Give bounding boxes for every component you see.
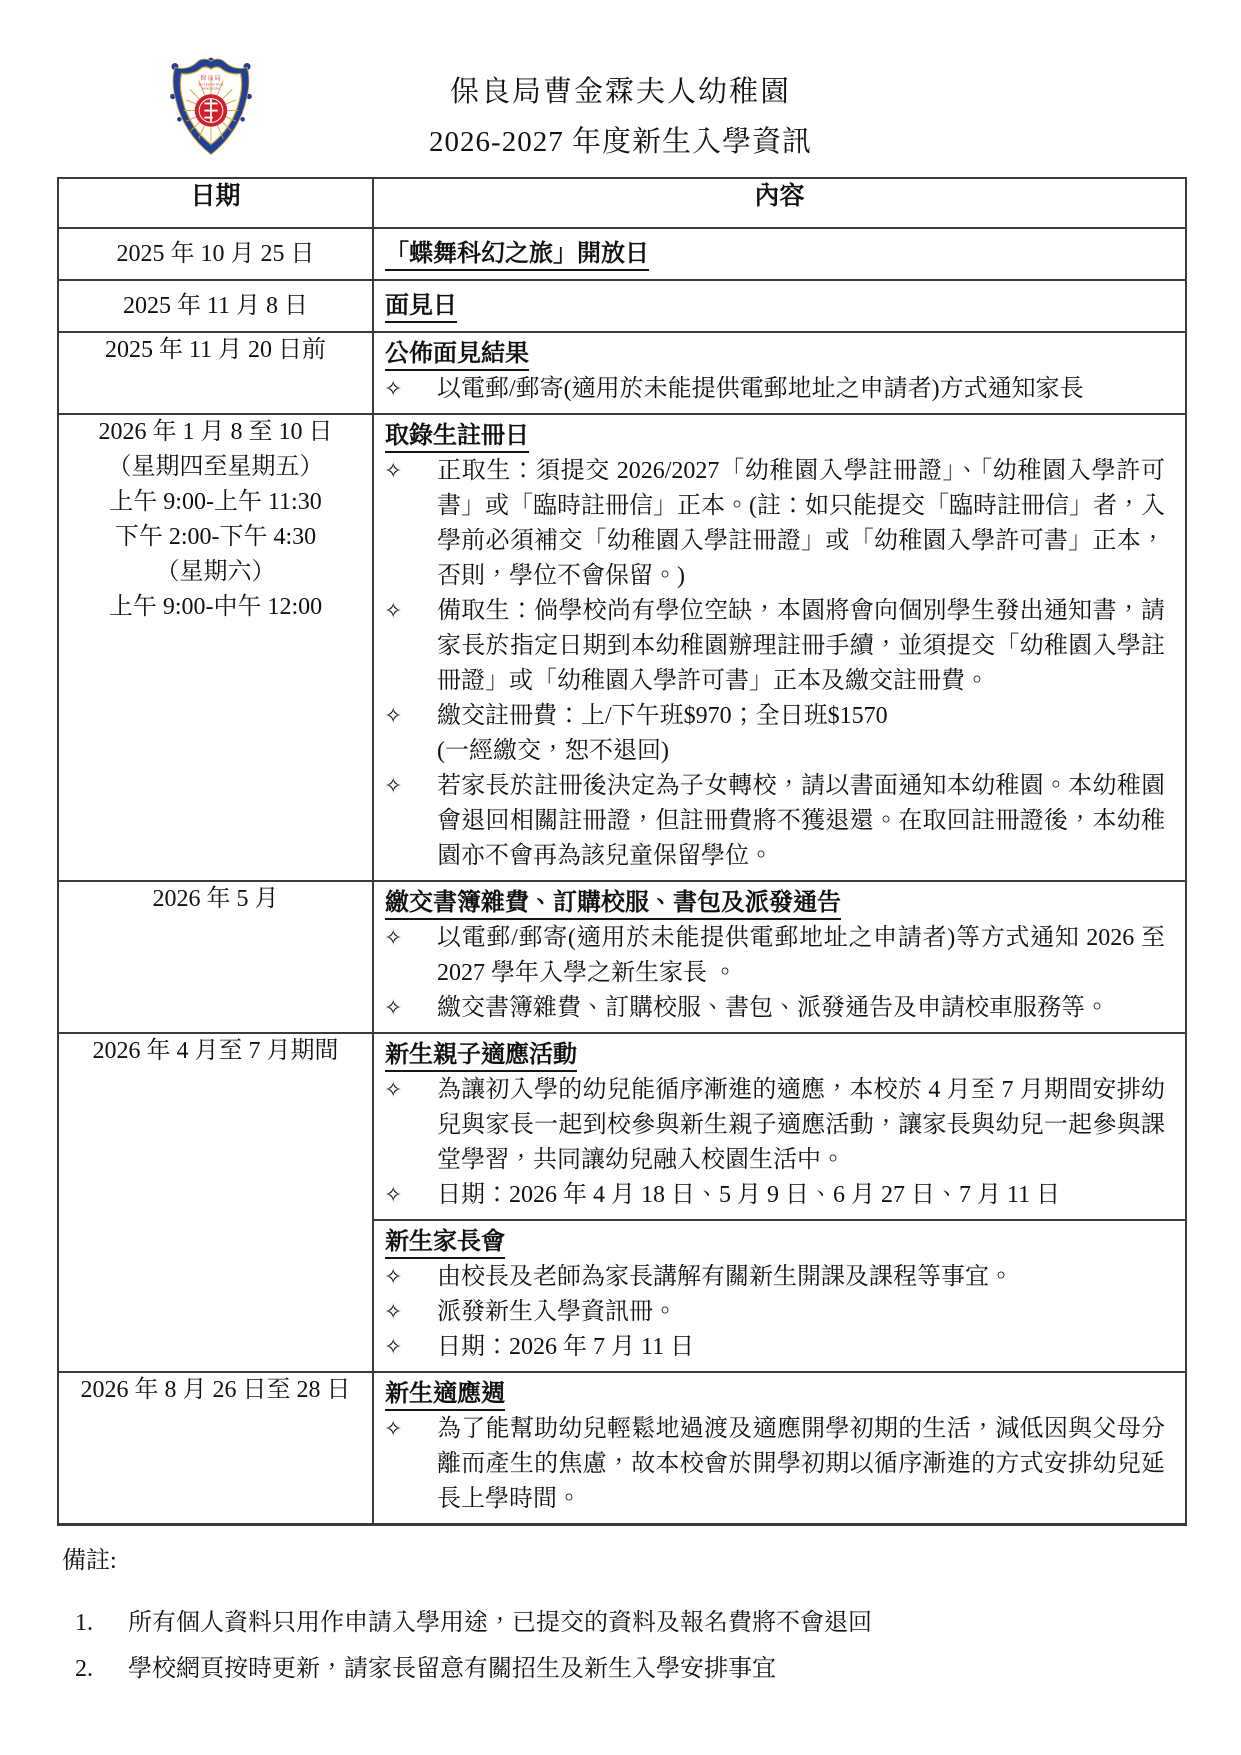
content-section: 公佈面見結果✧以電郵/郵寄(適用於未能提供電郵地址之申請者)方式通知家長 [374, 333, 1185, 413]
date-line: （星期六） [59, 555, 372, 590]
bullet-text: 為了能幫助幼兒輕鬆地過渡及適應開學初期的生活，減低因與父母分離而產生的焦慮，故本… [437, 1412, 1185, 1517]
content-cell: 「蝶舞科幻之旅」開放日 [373, 228, 1186, 280]
bullet-text: 日期：2026 年 4 月 18 日、5 月 9 日、6 月 27 日、7 月 … [437, 1178, 1185, 1213]
bullet-text: 若家長於註冊後決定為子女轉校，請以書面通知本幼稚園。本幼稚園會退回相關註冊證，但… [437, 769, 1185, 874]
bullet-item: ✧由校長及老師為家長講解有關新生開課及課程等事宜。 [374, 1260, 1185, 1295]
diamond-bullet-icon: ✧ [374, 769, 437, 804]
bullet-item: ✧日期：2026 年 4 月 18 日、5 月 9 日、6 月 27 日、7 月… [374, 1178, 1185, 1213]
diamond-bullet-icon: ✧ [374, 1330, 437, 1365]
date-line: 下午 2:00-下午 4:30 [59, 520, 372, 555]
date-line: 2026 年 1 月 8 至 10 日 [59, 415, 372, 450]
content-section: 「蝶舞科幻之旅」開放日 [374, 237, 1185, 272]
content-cell: 新生親子適應活動✧為讓初入學的幼兒能循序漸進的適應，本校於 4 月至 7 月期間… [373, 1033, 1186, 1372]
remarks-list: 1.所有個人資料只用作申請入學用途，已提交的資料及報名費將不會退回2.學校網頁按… [62, 1606, 1162, 1687]
table-row: 2026 年 8 月 26 日至 28 日新生適應週✧為了能幫助幼兒輕鬆地過渡及… [58, 1372, 1186, 1525]
remarks-section: 備註: 1.所有個人資料只用作申請入學用途，已提交的資料及報名費將不會退回2.學… [62, 1544, 1162, 1687]
bullet-text: 繳交書簿雜費、訂購校服、書包、派發通告及申請校車服務等。 [437, 991, 1185, 1026]
section-heading: 面見日 [374, 289, 1185, 324]
date-cell: 2026 年 8 月 26 日至 28 日 [58, 1372, 373, 1525]
bullet-item: ✧若家長於註冊後決定為子女轉校，請以書面通知本幼稚園。本幼稚園會退回相關註冊證，… [374, 769, 1185, 874]
date-line: 2025 年 11 月 8 日 [59, 289, 372, 324]
document-header: 保良局 PO LEUNG KUK HONG KONG 保良局曹金霖夫人幼稚園 2… [0, 0, 1241, 177]
remarks-label: 備註: [62, 1544, 1162, 1579]
table-row: 2026 年 5 月繳交書簿雜費、訂購校服、書包及派發通告✧以電郵/郵寄(適用於… [58, 881, 1186, 1033]
bullet-item: ✧正取生：須提交 2026/2027「幼稚園入學註冊證」、「幼稚園入學許可書」或… [374, 454, 1185, 594]
remark-item: 1.所有個人資料只用作申請入學用途，已提交的資料及報名費將不會退回 [62, 1606, 1162, 1641]
bullet-item: ✧繳交書簿雜費、訂購校服、書包、派發通告及申請校車服務等。 [374, 991, 1185, 1026]
schedule-table-body: 2025 年 10 月 25 日「蝶舞科幻之旅」開放日2025 年 11 月 8… [58, 228, 1186, 1525]
date-line: 上午 9:00-中午 12:00 [59, 590, 372, 625]
bullet-item: ✧為讓初入學的幼兒能循序漸進的適應，本校於 4 月至 7 月期間安排幼兒與家長一… [374, 1073, 1185, 1178]
bullet-text-line: 為讓初入學的幼兒能循序漸進的適應，本校於 4 月至 7 月期間安排幼兒與家長一起… [437, 1073, 1165, 1178]
remark-text: 學校網頁按時更新，請家長留意有關招生及新生入學安排事宜 [128, 1652, 1162, 1687]
section-heading: 新生家長會 [374, 1225, 1185, 1260]
bullet-text-line: 若家長於註冊後決定為子女轉校，請以書面通知本幼稚園。本幼稚園會退回相關註冊證，但… [437, 769, 1165, 874]
column-header-content: 內容 [373, 178, 1186, 228]
bullet-text-line: 為了能幫助幼兒輕鬆地過渡及適應開學初期的生活，減低因與父母分離而產生的焦慮，故本… [437, 1412, 1165, 1517]
bullet-text-line: 繳交書簿雜費、訂購校服、書包、派發通告及申請校車服務等。 [437, 991, 1165, 1026]
section-heading-text: 「蝶舞科幻之旅」開放日 [385, 241, 649, 271]
table-header-row: 日期 內容 [58, 178, 1186, 228]
section-heading: 取錄生註冊日 [374, 419, 1185, 454]
bullet-text: 備取生：倘學校尚有學位空缺，本園將會向個別學生發出通知書，請家長於指定日期到本幼… [437, 594, 1185, 699]
column-header-date: 日期 [58, 178, 373, 228]
bullet-item: ✧繳交註冊費：上/下午班$970；全日班$1570(一經繳交，恕不退回) [374, 699, 1185, 769]
document-title: 2026-2027 年度新生入學資訊 [0, 124, 1241, 160]
section-heading-text: 取錄生註冊日 [385, 423, 529, 453]
section-heading: 「蝶舞科幻之旅」開放日 [374, 237, 1185, 272]
bullet-subtext-line: (一經繳交，恕不退回) [437, 734, 1165, 769]
bullet-item: ✧派發新生入學資訊冊。 [374, 1295, 1185, 1330]
date-line: （星期四至星期五） [59, 450, 372, 485]
document-page: 保良局 PO LEUNG KUK HONG KONG 保良局曹金霖夫人幼稚園 2… [0, 0, 1241, 1755]
diamond-bullet-icon: ✧ [374, 1260, 437, 1295]
date-cell: 2025 年 11 月 8 日 [58, 280, 373, 332]
bullet-text-line: 繳交註冊費：上/下午班$970；全日班$1570 [437, 699, 1165, 734]
bullet-item: ✧為了能幫助幼兒輕鬆地過渡及適應開學初期的生活，減低因與父母分離而產生的焦慮，故… [374, 1412, 1185, 1517]
table-row: 2026 年 4 月至 7 月期間新生親子適應活動✧為讓初入學的幼兒能循序漸進的… [58, 1033, 1186, 1372]
bullet-text-line: 由校長及老師為家長講解有關新生開課及課程等事宜。 [437, 1260, 1165, 1295]
section-heading: 公佈面見結果 [374, 337, 1185, 372]
content-section: 繳交書簿雜費、訂購校服、書包及派發通告✧以電郵/郵寄(適用於未能提供電郵地址之申… [374, 882, 1185, 1032]
bullet-text: 正取生：須提交 2026/2027「幼稚園入學註冊證」、「幼稚園入學許可書」或「… [437, 454, 1185, 594]
bullet-text-line: 日期：2026 年 7 月 11 日 [437, 1330, 1165, 1365]
date-line: 2026 年 4 月至 7 月期間 [59, 1034, 372, 1069]
admission-schedule-table: 日期 內容 2025 年 10 月 25 日「蝶舞科幻之旅」開放日2025 年 … [57, 177, 1187, 1526]
section-heading-text: 面見日 [385, 293, 457, 323]
bullet-text: 以電郵/郵寄(適用於未能提供電郵地址之申請者)等方式通知 2026 至 2027… [437, 921, 1185, 991]
bullet-item: ✧以電郵/郵寄(適用於未能提供電郵地址之申請者)等方式通知 2026 至 202… [374, 921, 1185, 991]
bullet-text: 為讓初入學的幼兒能循序漸進的適應，本校於 4 月至 7 月期間安排幼兒與家長一起… [437, 1073, 1185, 1178]
date-cell: 2025 年 11 月 20 日前 [58, 332, 373, 414]
diamond-bullet-icon: ✧ [374, 594, 437, 629]
bullet-text-line: 派發新生入學資訊冊。 [437, 1295, 1165, 1330]
bullet-item: ✧日期：2026 年 7 月 11 日 [374, 1330, 1185, 1365]
diamond-bullet-icon: ✧ [374, 921, 437, 956]
diamond-bullet-icon: ✧ [374, 991, 437, 1026]
date-cell: 2025 年 10 月 25 日 [58, 228, 373, 280]
section-heading: 繳交書簿雜費、訂購校服、書包及派發通告 [374, 886, 1185, 921]
content-cell: 新生適應週✧為了能幫助幼兒輕鬆地過渡及適應開學初期的生活，減低因與父母分離而產生… [373, 1372, 1186, 1525]
date-line: 2025 年 10 月 25 日 [59, 237, 372, 272]
content-cell: 繳交書簿雜費、訂購校服、書包及派發通告✧以電郵/郵寄(適用於未能提供電郵地址之申… [373, 881, 1186, 1033]
diamond-bullet-icon: ✧ [374, 1295, 437, 1330]
table-row: 2026 年 1 月 8 至 10 日（星期四至星期五）上午 9:00-上午 1… [58, 414, 1186, 881]
diamond-bullet-icon: ✧ [374, 372, 437, 407]
bullet-text: 由校長及老師為家長講解有關新生開課及課程等事宜。 [437, 1260, 1185, 1295]
section-heading-text: 新生家長會 [385, 1229, 505, 1259]
section-heading-text: 繳交書簿雜費、訂購校服、書包及派發通告 [385, 890, 841, 920]
content-section: 新生家長會✧由校長及老師為家長講解有關新生開課及課程等事宜。✧派發新生入學資訊冊… [374, 1219, 1185, 1371]
section-heading: 新生親子適應活動 [374, 1038, 1185, 1073]
remark-number: 2. [62, 1652, 128, 1687]
content-section: 取錄生註冊日✧正取生：須提交 2026/2027「幼稚園入學註冊證」、「幼稚園入… [374, 415, 1185, 880]
content-section: 新生親子適應活動✧為讓初入學的幼兒能循序漸進的適應，本校於 4 月至 7 月期間… [374, 1034, 1185, 1219]
section-heading-text: 新生適應週 [385, 1381, 505, 1411]
bullet-text: 日期：2026 年 7 月 11 日 [437, 1330, 1185, 1365]
bullet-item: ✧以電郵/郵寄(適用於未能提供電郵地址之申請者)方式通知家長 [374, 372, 1185, 407]
table-row: 2025 年 11 月 20 日前公佈面見結果✧以電郵/郵寄(適用於未能提供電郵… [58, 332, 1186, 414]
date-line: 2026 年 8 月 26 日至 28 日 [59, 1373, 372, 1408]
bullet-text-line: 以電郵/郵寄(適用於未能提供電郵地址之申請者)等方式通知 2026 至 2027… [437, 921, 1165, 991]
date-cell: 2026 年 5 月 [58, 881, 373, 1033]
content-cell: 公佈面見結果✧以電郵/郵寄(適用於未能提供電郵地址之申請者)方式通知家長 [373, 332, 1186, 414]
content-cell: 取錄生註冊日✧正取生：須提交 2026/2027「幼稚園入學註冊證」、「幼稚園入… [373, 414, 1186, 881]
diamond-bullet-icon: ✧ [374, 1178, 437, 1213]
bullet-text-line: 正取生：須提交 2026/2027「幼稚園入學註冊證」、「幼稚園入學許可書」或「… [437, 454, 1165, 594]
date-line: 上午 9:00-上午 11:30 [59, 485, 372, 520]
date-line: 2026 年 5 月 [59, 882, 372, 917]
content-section: 面見日 [374, 289, 1185, 324]
bullet-text-line: 備取生：倘學校尚有學位空缺，本園將會向個別學生發出通知書，請家長於指定日期到本幼… [437, 594, 1165, 699]
table-row: 2025 年 11 月 8 日面見日 [58, 280, 1186, 332]
bullet-text: 繳交註冊費：上/下午班$970；全日班$1570(一經繳交，恕不退回) [437, 699, 1185, 769]
content-section: 新生適應週✧為了能幫助幼兒輕鬆地過渡及適應開學初期的生活，減低因與父母分離而產生… [374, 1373, 1185, 1523]
table-row: 2025 年 10 月 25 日「蝶舞科幻之旅」開放日 [58, 228, 1186, 280]
bullet-item: ✧備取生：倘學校尚有學位空缺，本園將會向個別學生發出通知書，請家長於指定日期到本… [374, 594, 1185, 699]
date-cell: 2026 年 4 月至 7 月期間 [58, 1033, 373, 1372]
school-name-title: 保良局曹金霖夫人幼稚園 [0, 74, 1241, 110]
diamond-bullet-icon: ✧ [374, 454, 437, 489]
remark-text: 所有個人資料只用作申請入學用途，已提交的資料及報名費將不會退回 [128, 1606, 1162, 1641]
remark-number: 1. [62, 1606, 128, 1641]
diamond-bullet-icon: ✧ [374, 1412, 437, 1447]
remark-item: 2.學校網頁按時更新，請家長留意有關招生及新生入學安排事宜 [62, 1652, 1162, 1687]
date-line: 2025 年 11 月 20 日前 [59, 333, 372, 368]
bullet-text-line: 以電郵/郵寄(適用於未能提供電郵地址之申請者)方式通知家長 [437, 372, 1165, 407]
date-cell: 2026 年 1 月 8 至 10 日（星期四至星期五）上午 9:00-上午 1… [58, 414, 373, 881]
bullet-text-line: 日期：2026 年 4 月 18 日、5 月 9 日、6 月 27 日、7 月 … [437, 1178, 1165, 1213]
bullet-text: 以電郵/郵寄(適用於未能提供電郵地址之申請者)方式通知家長 [437, 372, 1185, 407]
diamond-bullet-icon: ✧ [374, 699, 437, 734]
section-heading-text: 公佈面見結果 [385, 341, 529, 371]
content-cell: 面見日 [373, 280, 1186, 332]
bullet-text: 派發新生入學資訊冊。 [437, 1295, 1185, 1330]
section-heading-text: 新生親子適應活動 [385, 1042, 577, 1072]
diamond-bullet-icon: ✧ [374, 1073, 437, 1108]
section-heading: 新生適應週 [374, 1377, 1185, 1412]
